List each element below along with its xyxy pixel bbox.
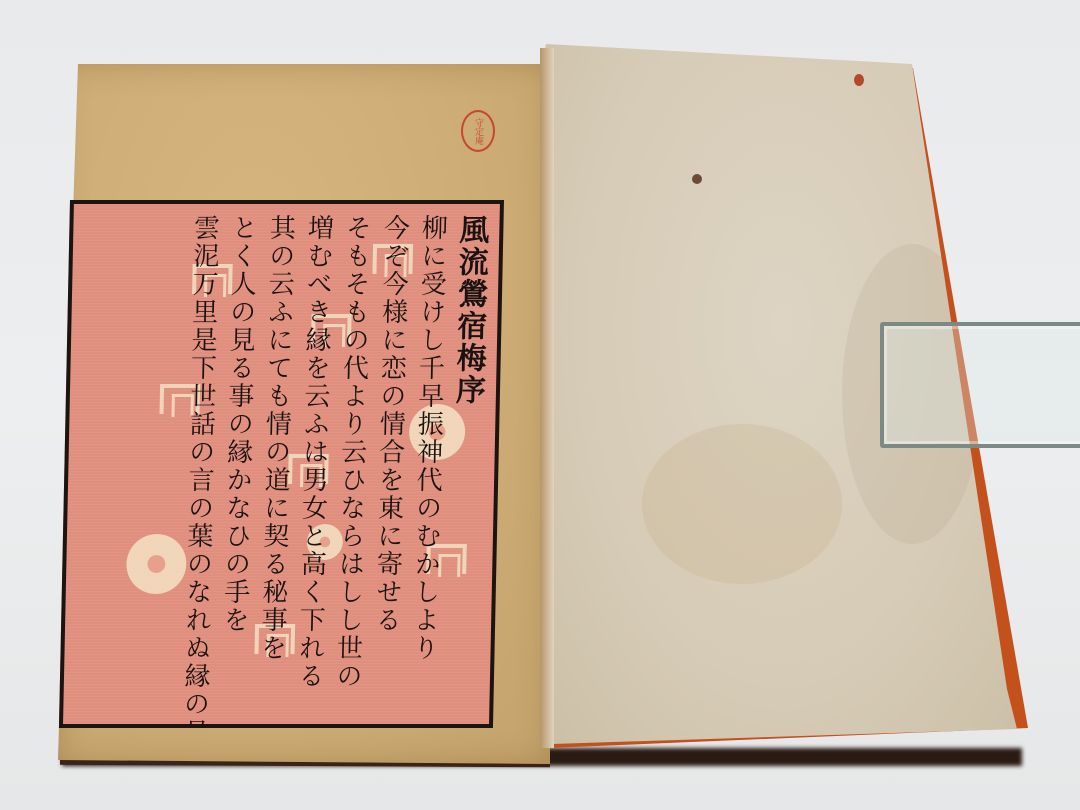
paper-stain xyxy=(854,74,864,86)
glass-slide xyxy=(880,322,1080,448)
seal-text: 守定庵 xyxy=(473,118,483,145)
preface-panel: 風流鶯宿梅序 柳に受けし千早振神代のむかしより 今ぞ今様に恋の情合を東に寄せる … xyxy=(59,200,504,728)
preface-title: 風流鶯宿梅序 xyxy=(443,214,487,714)
text-column: 増むべき縁を云ふは男女と高く下れる xyxy=(291,214,335,714)
paper-stain xyxy=(642,424,842,584)
text-column: 今ぞ今様に恋の情合を東に寄せる xyxy=(367,214,411,714)
text-column: そもそもの代より云ひならはしし世の xyxy=(329,214,373,714)
book-spine-fold xyxy=(540,48,554,748)
red-ownership-seal: 守定庵 xyxy=(461,110,495,152)
preface-text: 風流鶯宿梅序 柳に受けし千早振神代のむかしより 今ぞ今様に恋の情合を東に寄せる … xyxy=(75,214,487,714)
paper-stain xyxy=(692,174,702,184)
text-column: とく人の見る事の縁かなひの手を xyxy=(215,214,259,714)
text-column: 柳に受けし千早振神代のむかしより xyxy=(405,214,449,714)
text-column: 雲泥万里是下世話の言の葉のなれぬ縁の月 xyxy=(177,214,221,714)
text-column: 其の云ふにても情の道に契る秘事を xyxy=(253,214,297,714)
